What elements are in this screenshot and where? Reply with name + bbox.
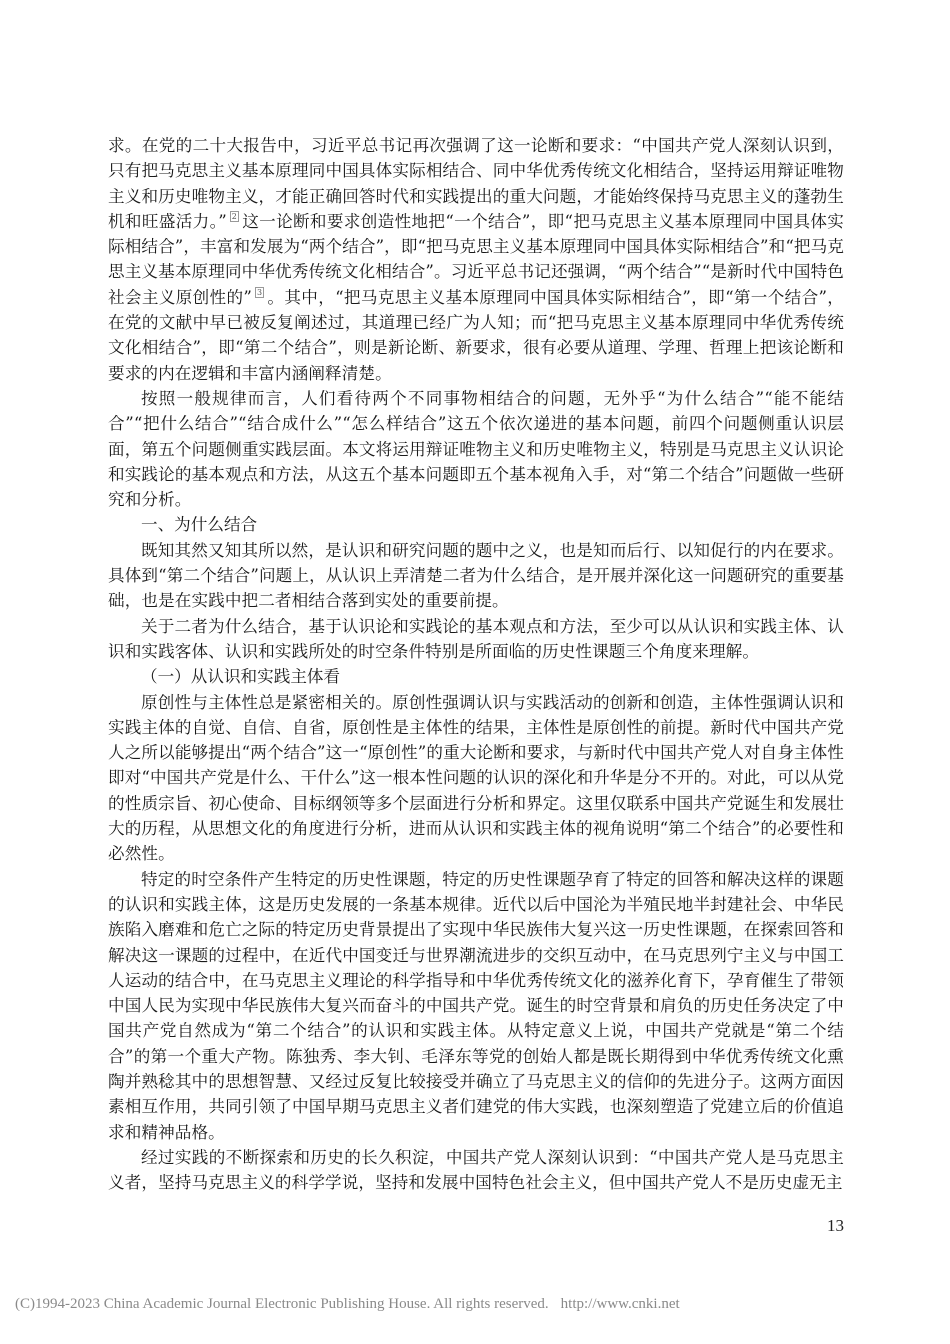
copyright-text: (C)1994-2023 China Academic Journal Elec…	[15, 1296, 549, 1312]
copyright-footer: (C)1994-2023 China Academic Journal Elec…	[15, 1296, 680, 1313]
paragraph-continuation: 求。在党的二十大报告中，习近平总书记再次强调了这一论断和要求：“中国共产党人深刻…	[108, 133, 844, 386]
article-body: 求。在党的二十大报告中，习近平总书记再次强调了这一论断和要求：“中国共产党人深刻…	[108, 133, 844, 1195]
paragraph: 既知其然又知其所以然，是认识和研究问题的题中之义，也是知而后行、以知促行的内在要…	[108, 538, 844, 614]
footnote-marker[interactable]: 3	[255, 287, 264, 298]
section-heading: 一、为什么结合	[108, 512, 844, 537]
paragraph: 原创性与主体性总是紧密相关的。原创性强调认识与实践活动的创新和创造，主体性强调认…	[108, 690, 844, 867]
page-number: 13	[827, 1216, 844, 1236]
paragraph: 特定的时空条件产生特定的历史性课题，特定的历史性课题孕育了特定的回答和解决这样的…	[108, 867, 844, 1145]
footnote-marker[interactable]: 2	[230, 211, 239, 222]
subsection-heading: （一）从认识和实践主体看	[108, 664, 844, 689]
paragraph: 经过实践的不断探索和历史的长久积淀，中国共产党人深刻认识到：“中国共产党人是马克…	[108, 1145, 844, 1196]
paragraph: 关于二者为什么结合，基于认识论和实践论的基本观点和方法，至少可以从认识和实践主体…	[108, 614, 844, 665]
footer-url-link[interactable]: http://www.cnki.net	[561, 1296, 680, 1312]
paragraph: 按照一般规律而言，人们看待两个不同事物相结合的问题，无外乎“为什么结合”“能不能…	[108, 386, 844, 512]
